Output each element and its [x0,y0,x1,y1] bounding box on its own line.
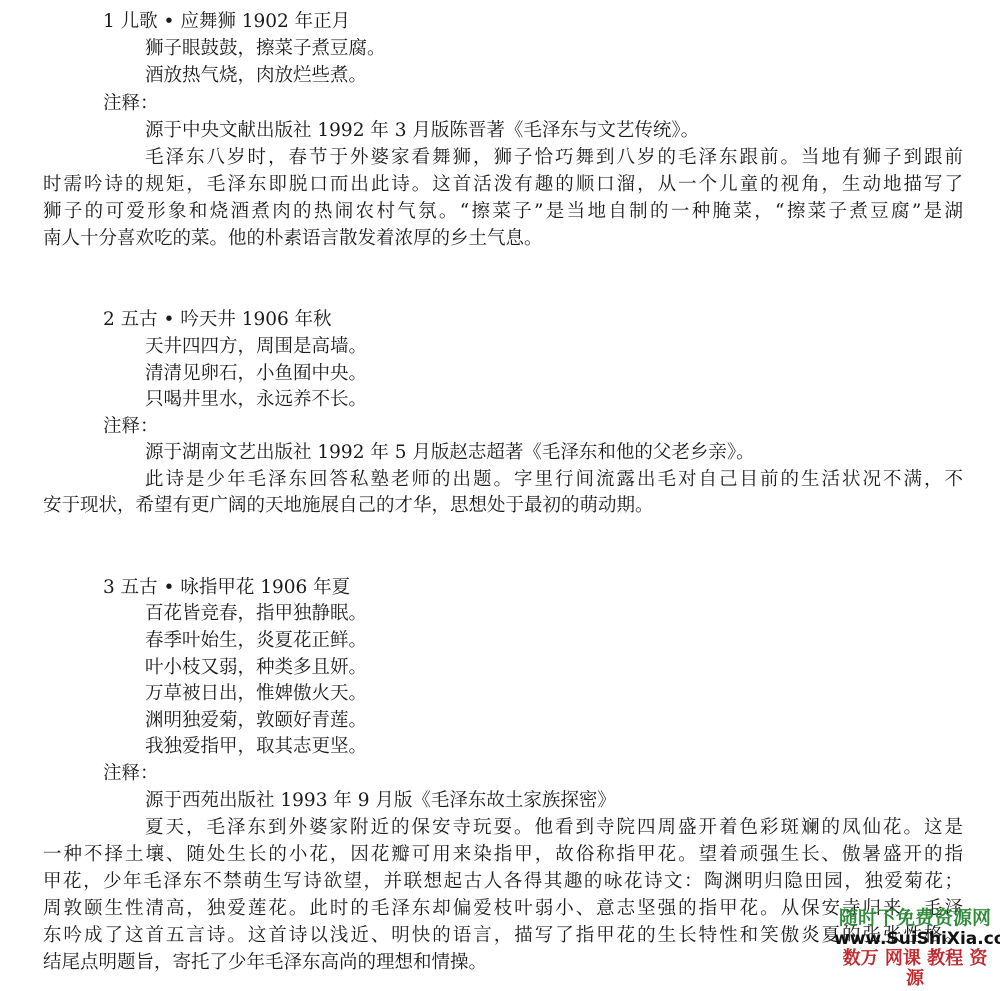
source-citation: 源于中央文献出版社 1992 年 3 月版陈晋著《毛泽东与文艺传统》。 [145,118,699,144]
verse-line: 狮子眼鼓鼓，擦菜子煮豆腐。 [145,36,386,62]
commentary-line: 南人十分喜欢吃的菜。他的朴素语言散发着浓厚的乡土气息。 [43,226,543,252]
poem-heading: 1 儿歌 • 应舞狮 1902 年正月 [103,9,350,35]
commentary-line: 甲花，少年毛泽东不禁萌生写诗欲望，并联想起古人各得其趣的咏花诗文：陶渊明归隐田园… [43,869,963,895]
notes-label: 注释： [103,414,159,440]
verse-line: 我独爱指甲，取其志更坚。 [145,734,367,760]
source-citation: 源于湖南文艺出版社 1992 年 5 月版赵志超著《毛泽东和他的父老乡亲》。 [145,440,755,466]
commentary-line: 东吟成了这首五言诗。这首诗以浅近、明快的语言，描写了指甲花的生长特性和笑傲炎夏的… [43,923,963,949]
source-citation: 源于西苑出版社 1993 年 9 月版《毛泽东故土家族探密》 [145,788,616,814]
verse-line: 百花皆竞春，指甲独静眠。 [145,601,367,627]
verse-line: 渊明独爱菊，敦颐好青莲。 [145,708,367,734]
poem-heading: 2 五古 • 吟天井 1906 年秋 [103,307,332,333]
commentary-line: 夏天，毛泽东到外婆家附近的保安寺玩耍。他看到寺院四周盛开着色彩斑斓的凤仙花。这是 [145,815,963,841]
verse-line: 只喝井里水，永远养不长。 [145,387,367,413]
commentary-line: 安于现状，希望有更广阔的天地施展自己的才华，思想处于最初的萌动期。 [43,493,654,519]
commentary-line: 狮子的可爱形象和烧酒煮肉的热闹农村气氛。“擦菜子”是当地自制的一种腌菜，“擦菜子… [43,199,963,225]
site-watermark: 随时下免费资源网 www.SuiShiXia.com 数万 网课 教程 资源 [834,908,996,989]
commentary-line: 时需吟诗的规矩，毛泽东即脱口而出此诗。这首活泼有趣的顺口溜，从一个儿童的视角，生… [43,172,963,198]
verse-line: 清清见卵石，小鱼囿中央。 [145,361,367,387]
verse-line: 万草被日出，惟婢傲火天。 [145,681,367,707]
commentary-line: 毛泽东八岁时，春节于外婆家看舞狮，狮子恰巧舞到八岁的毛泽东跟前。当地有狮子到跟前 [145,145,963,171]
verse-line: 酒放热气烧，肉放烂些煮。 [145,63,367,89]
watermark-url: www.SuiShiXia.com [834,929,996,949]
watermark-tagline: 数万 网课 教程 资源 [834,949,996,989]
commentary-line: 此诗是少年毛泽东回答私塾老师的出题。字里行间流露出毛对自己目前的生活状况不满，不 [145,467,963,493]
commentary-line: 一种不择土壤、随处生长的小花，因花瓣可用来染指甲，故俗称指甲花。望着顽强生长、傲… [43,842,963,868]
verse-line: 春季叶始生，炎夏花正鲜。 [145,628,367,654]
commentary-line: 周敦颐生性清高，独爱莲花。此时的毛泽东却偏爱枝叶弱小、意志坚强的指甲花。从保安寺… [43,896,963,922]
poem-heading: 3 五古 • 咏指甲花 1906 年夏 [103,575,350,601]
verse-line: 叶小枝又弱，种类多且妍。 [145,655,367,681]
notes-label: 注释： [103,91,159,117]
notes-label: 注释： [103,761,159,787]
watermark-title: 随时下免费资源网 [834,908,996,929]
verse-line: 天井四四方，周围是高墙。 [145,334,367,360]
commentary-line: 结尾点明题旨，寄托了少年毛泽东高尚的理想和情操。 [43,950,487,976]
